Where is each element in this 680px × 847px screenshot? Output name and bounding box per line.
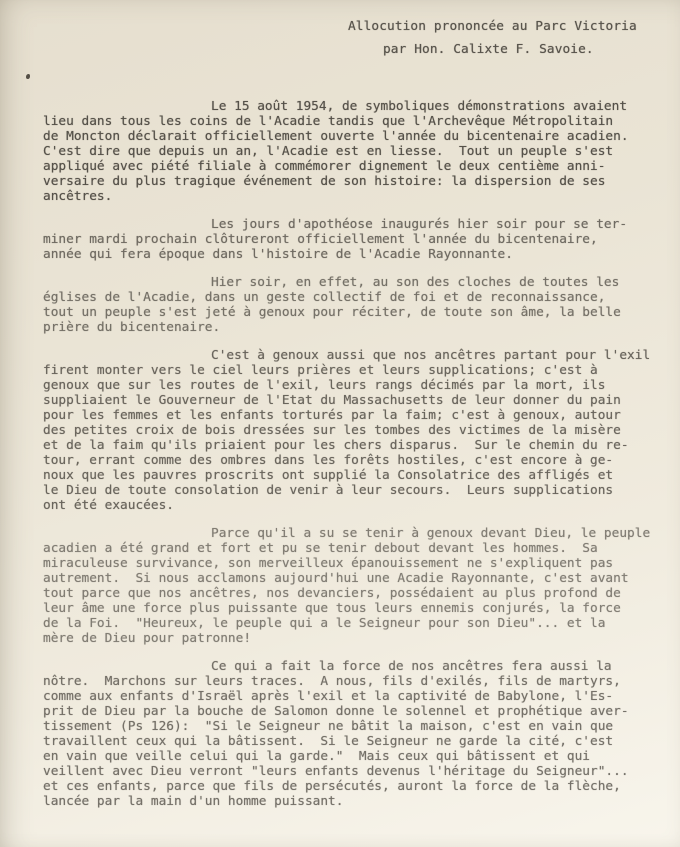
document-title: Allocution prononcée au Parc Victoria bbox=[348, 19, 637, 34]
ink-speck bbox=[26, 74, 30, 79]
paragraph: Le 15 août 1954, de symboliques démonstr… bbox=[43, 99, 663, 204]
paragraph: Les jours d'apothéose inaugurés hier soi… bbox=[43, 217, 663, 262]
typewritten-page: Allocution prononcée au Parc Victoria pa… bbox=[0, 0, 680, 847]
paragraphs: Le 15 août 1954, de symboliques démonstr… bbox=[43, 99, 663, 822]
paragraph: Hier soir, en effet, au son des cloches … bbox=[43, 275, 663, 335]
paragraph: Ce qui a fait la force de nos ancêtres f… bbox=[43, 659, 663, 809]
paragraph: C'est à genoux aussi que nos ancêtres pa… bbox=[43, 348, 663, 513]
paragraph: Parce qu'il a su se tenir à genoux devan… bbox=[43, 526, 663, 646]
document-author-line: par Hon. Calixte F. Savoie. bbox=[383, 42, 594, 57]
